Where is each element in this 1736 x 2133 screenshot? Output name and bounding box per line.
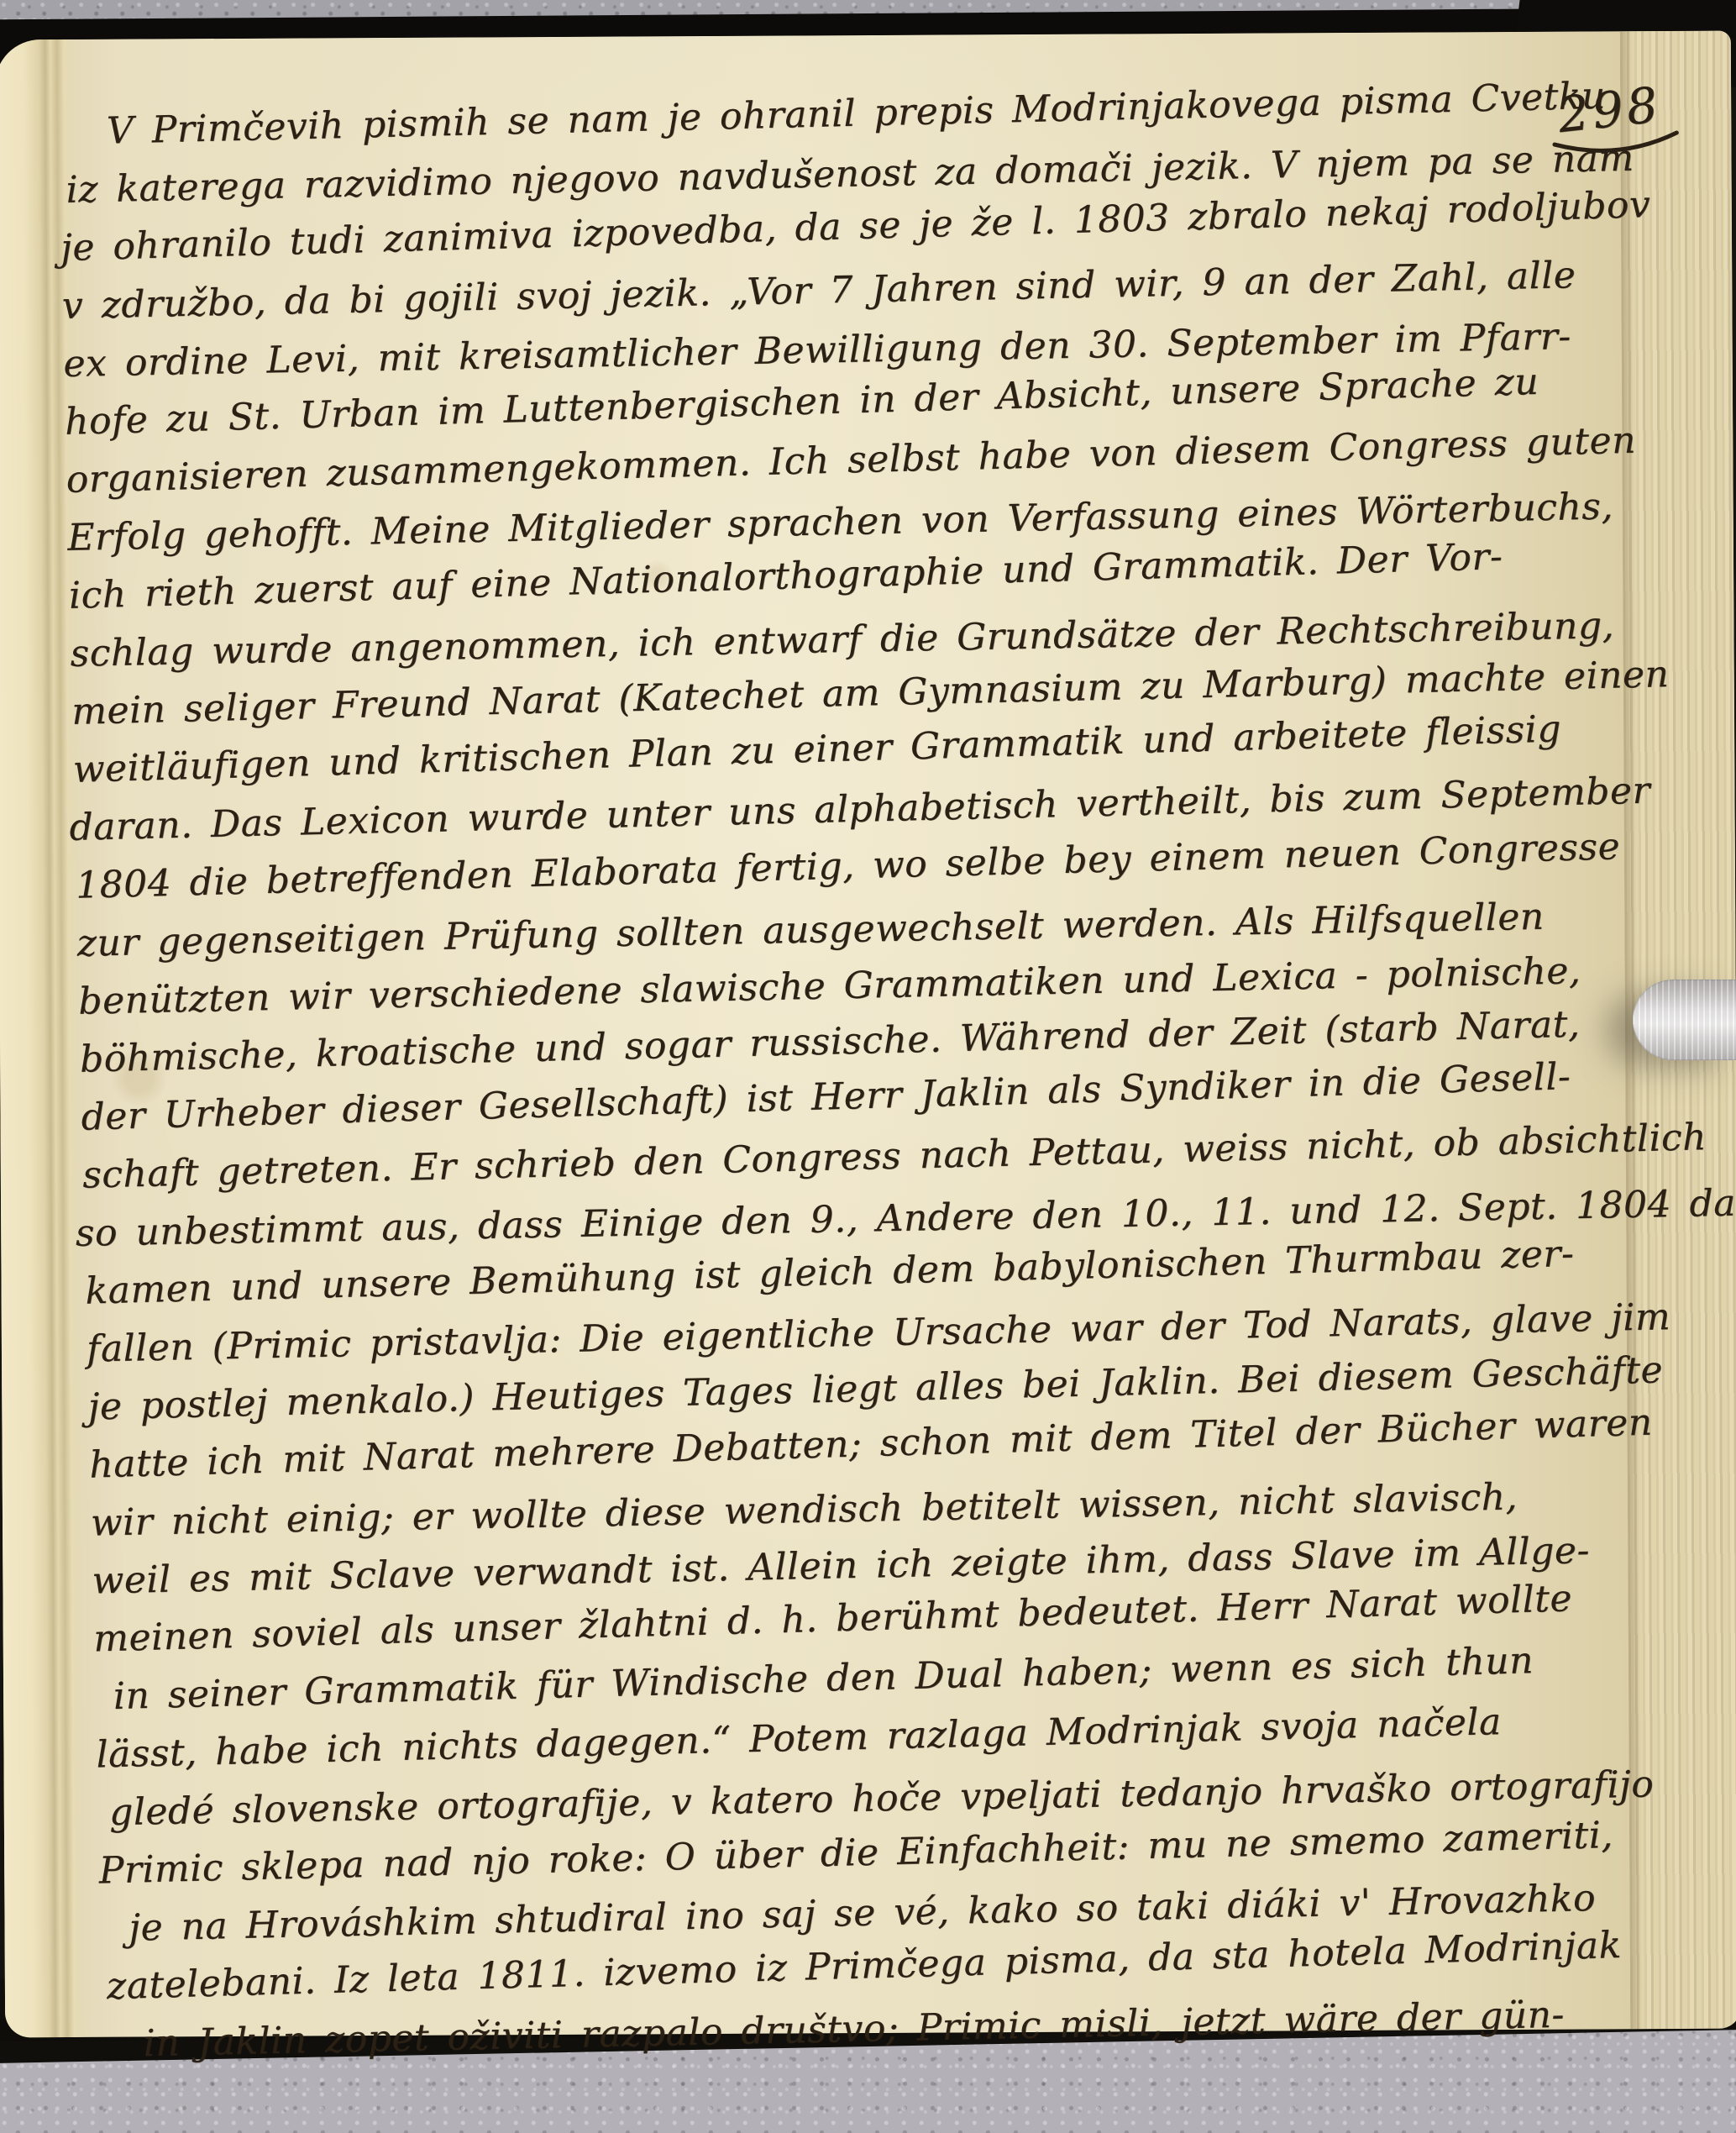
photo-scene: 298 V Primčevih pismih se nam je ohranil… (0, 0, 1736, 2133)
glass-rod (1633, 980, 1736, 1060)
manuscript-text: V Primčevih pismih se nam je ohranil pre… (57, 66, 1724, 2074)
manuscript-page: 298 V Primčevih pismih se nam je ohranil… (0, 31, 1736, 2038)
